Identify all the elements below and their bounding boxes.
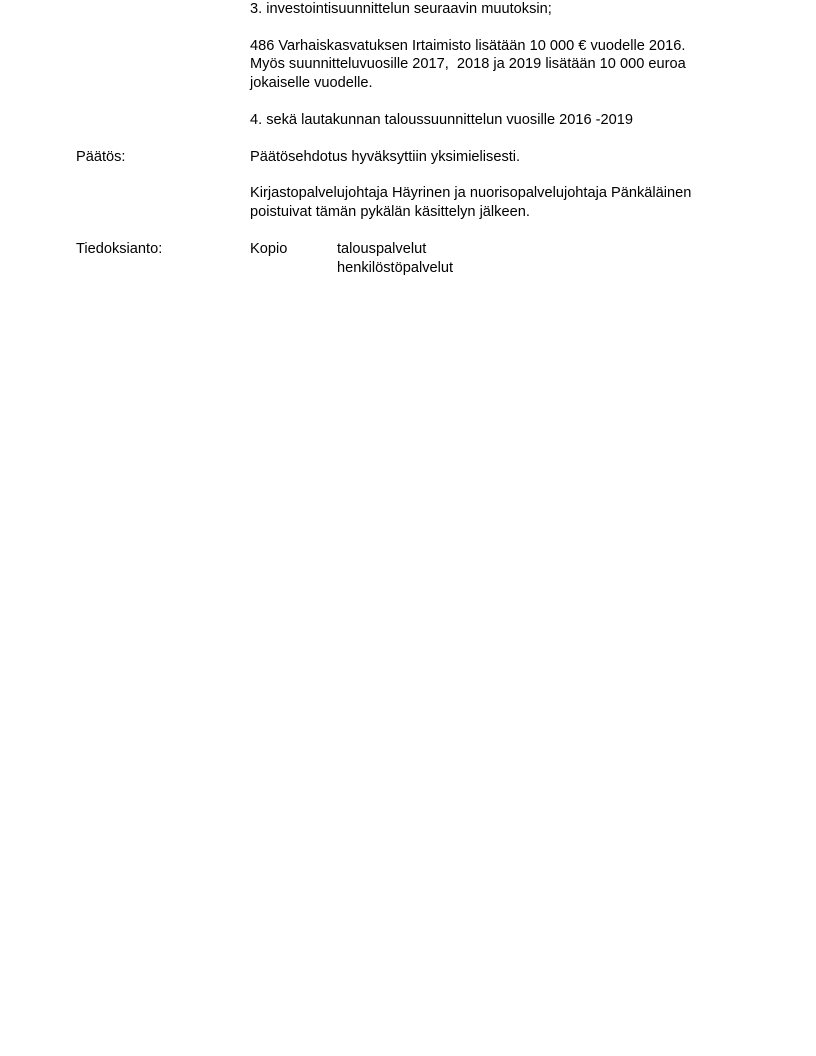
section-3-line-3: jokaiselle vuodelle. [250,74,373,93]
recipient-1: talouspalvelut [337,240,426,259]
section-3-heading: 3. investointisuunnittelun seuraavin muu… [250,0,552,19]
section-4-text: 4. sekä lautakunnan taloussuunnittelun v… [250,111,633,130]
decision-note-line-1: Kirjastopalvelujohtaja Häyrinen ja nuori… [250,184,691,203]
section-3-line-2: Myös suunnitteluvuosille 2017, 2018 ja 2… [250,55,686,74]
recipient-2: henkilöstöpalvelut [337,259,453,278]
decision-label: Päätös: [76,148,126,167]
section-3-line-1: 486 Varhaiskasvatuksen Irtaimisto lisätä… [250,37,685,56]
decision-text: Päätösehdotus hyväksyttiin yksimielisest… [250,148,520,167]
decision-note-line-2: poistuivat tämän pykälän käsittelyn jälk… [250,203,530,222]
notification-label: Tiedoksianto: [76,240,162,259]
copy-label: Kopio [250,240,287,259]
